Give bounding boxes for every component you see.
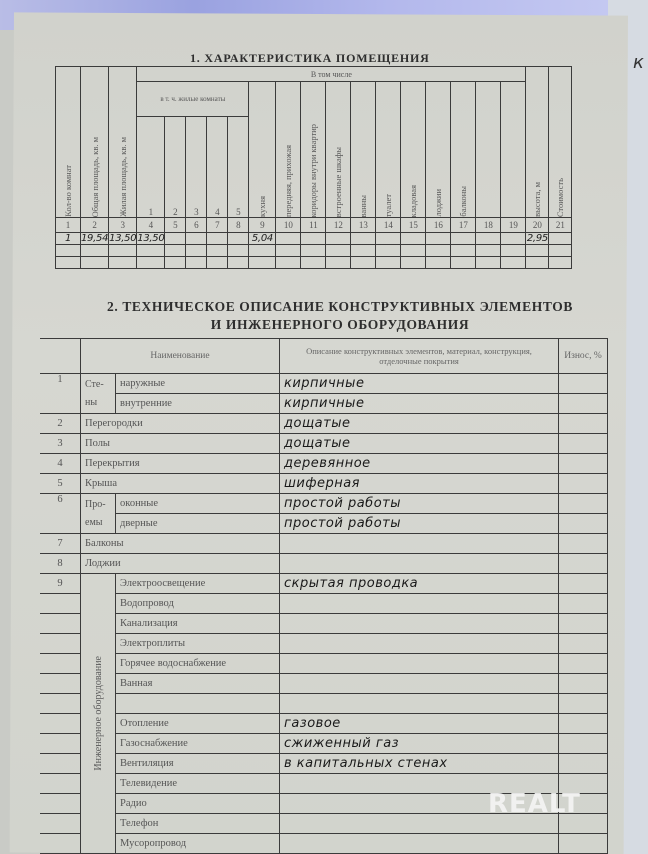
num-header xyxy=(40,339,81,374)
handwritten-value: простой работы xyxy=(284,496,401,511)
table-cell xyxy=(165,233,186,245)
row-number: 5 xyxy=(40,474,81,494)
cell-value: 5,04 xyxy=(252,233,273,244)
table-row xyxy=(56,257,572,269)
engineering-item-name: Газоснабжение xyxy=(116,734,280,754)
table-cell xyxy=(276,245,301,257)
name-header: Наименование xyxy=(81,339,280,374)
engineering-item-name: Горячее водоснабжение xyxy=(116,654,280,674)
group-header-in-total: В том числе xyxy=(137,67,526,82)
wear-header: Износ, % xyxy=(559,339,608,374)
walls-group-label: Сте-ны xyxy=(81,374,116,414)
column-header: ванны xyxy=(351,82,376,218)
table-cell xyxy=(501,245,526,257)
description-value: кирпичные xyxy=(280,374,559,394)
wear-value xyxy=(559,734,608,754)
row-number: 4 xyxy=(40,454,81,474)
description-value: шиферная xyxy=(280,474,559,494)
table-cell xyxy=(301,233,326,245)
wear-value xyxy=(559,654,608,674)
wear-value xyxy=(559,574,608,594)
column-number: 1 xyxy=(56,218,81,233)
table-cell xyxy=(186,257,207,269)
section2-title-line2: И ИНЖЕНЕРНОГО ОБОРУДОВАНИЯ xyxy=(80,316,600,334)
description-value: простой работы xyxy=(280,494,559,514)
column-header: туалет xyxy=(376,82,401,218)
row-number xyxy=(40,674,81,694)
description-value: кирпичные xyxy=(280,394,559,414)
table-row: Вентиляцияв капитальных стенах xyxy=(40,754,608,774)
element-name: Балконы xyxy=(81,534,280,554)
column-number: 4 xyxy=(137,218,165,233)
table-cell xyxy=(228,257,249,269)
column-header-label: высота, м xyxy=(532,182,542,217)
table-cell xyxy=(186,245,207,257)
table-cell xyxy=(109,245,137,257)
cell-value: 19,54 xyxy=(81,233,108,244)
wear-value xyxy=(559,594,608,614)
element-name: Перегородки xyxy=(81,414,280,434)
table-row: 2Перегородкидощатые xyxy=(40,414,608,434)
description-value xyxy=(280,694,559,714)
wear-value xyxy=(559,394,608,414)
column-number: 20 xyxy=(526,218,549,233)
engineering-item-name: Радио xyxy=(116,794,280,814)
column-number: 11 xyxy=(301,218,326,233)
handwritten-value: в капитальных стенах xyxy=(284,756,448,771)
table-cell: 13,50 xyxy=(109,233,137,245)
element-name: оконные xyxy=(116,494,280,514)
table-cell xyxy=(326,257,351,269)
column-header: кладовая xyxy=(401,82,426,218)
row-number xyxy=(40,774,81,794)
header-row: НаименованиеОписание конструктивных элем… xyxy=(40,339,608,374)
table-cell xyxy=(401,233,426,245)
column-header: Кол-во комнат xyxy=(56,67,81,218)
table-row: Канализация xyxy=(40,614,608,634)
table-row: 7Балконы xyxy=(40,534,608,554)
wear-value xyxy=(559,694,608,714)
wear-value xyxy=(559,414,608,434)
column-number: 12 xyxy=(326,218,351,233)
column-header-label: Общая площадь, кв. м xyxy=(90,137,100,217)
engineering-item-name: Отопление xyxy=(116,714,280,734)
description-value: в капитальных стенах xyxy=(280,754,559,774)
row-number xyxy=(40,714,81,734)
table-cell xyxy=(56,245,81,257)
table-cell xyxy=(165,257,186,269)
column-header: высота, м xyxy=(526,67,549,218)
table-row: Мусоропровод xyxy=(40,834,608,854)
row-number: 6 xyxy=(40,494,81,534)
table-cell xyxy=(351,245,376,257)
cell-value: 2,95 xyxy=(527,233,548,244)
table-cell xyxy=(56,257,81,269)
table-cell xyxy=(207,257,228,269)
description-value xyxy=(280,594,559,614)
table-row: Электроплиты xyxy=(40,634,608,654)
row-number: 9 xyxy=(40,574,81,594)
element-name: внутренние xyxy=(116,394,280,414)
wear-value xyxy=(559,494,608,514)
wear-value xyxy=(559,834,608,854)
handwritten-value: газовое xyxy=(284,716,341,731)
table-row: Горячее водоснабжение xyxy=(40,654,608,674)
engineering-item-name: Канализация xyxy=(116,614,280,634)
table-cell xyxy=(109,257,137,269)
table-cell xyxy=(137,257,165,269)
column-header-label: Стоимость xyxy=(555,178,565,217)
column-header: кухня xyxy=(249,82,276,218)
table-cell xyxy=(301,245,326,257)
column-number: 9 xyxy=(249,218,276,233)
description-value xyxy=(280,534,559,554)
table-cell xyxy=(81,245,109,257)
description-value: дощатые xyxy=(280,414,559,434)
table-row: 5Крышашиферная xyxy=(40,474,608,494)
element-name: дверные xyxy=(116,514,280,534)
row-number: 3 xyxy=(40,434,81,454)
column-header-label: балконы xyxy=(458,186,468,217)
wear-value xyxy=(559,474,608,494)
table-cell xyxy=(549,245,572,257)
row-number: 2 xyxy=(40,414,81,434)
table-row xyxy=(40,694,608,714)
engineering-item-name: Водопровод xyxy=(116,594,280,614)
column-header: балконы xyxy=(451,82,476,218)
column-header-label: коридоры внутри квартир xyxy=(308,124,318,217)
column-number: 14 xyxy=(376,218,401,233)
column-number: 19 xyxy=(501,218,526,233)
engineering-item-name: Вентиляция xyxy=(116,754,280,774)
table-cell xyxy=(526,257,549,269)
table-cell xyxy=(476,233,501,245)
column-number: 15 xyxy=(401,218,426,233)
table-cell xyxy=(186,233,207,245)
row-number: 7 xyxy=(40,534,81,554)
handwritten-value: деревянное xyxy=(284,456,371,471)
table-cell xyxy=(526,245,549,257)
row-number xyxy=(40,754,81,774)
engineering-item-name: Электроосвещение xyxy=(116,574,280,594)
wear-value xyxy=(559,514,608,534)
table-row: 8Лоджии xyxy=(40,554,608,574)
table-cell xyxy=(249,257,276,269)
table-row: 119,5413,5013,505,042,95 xyxy=(56,233,572,245)
column-header-label: туалет xyxy=(383,194,393,217)
section1-title: 1. ХАРАКТЕРИСТИКА ПОМЕЩЕНИЯ xyxy=(190,51,430,66)
table-cell xyxy=(249,245,276,257)
table-cell xyxy=(476,257,501,269)
wear-value xyxy=(559,454,608,474)
column-header-label: Кол-во комнат xyxy=(63,165,73,217)
handwritten-value: дощатые xyxy=(284,416,351,431)
column-header-label: лоджии xyxy=(433,189,443,217)
table-cell xyxy=(326,245,351,257)
row-number xyxy=(40,794,81,814)
wear-value xyxy=(559,634,608,654)
table-cell: 19,54 xyxy=(81,233,109,245)
table-cell xyxy=(351,233,376,245)
table-cell xyxy=(165,245,186,257)
table-row: 3Полыдощатые xyxy=(40,434,608,454)
wear-value xyxy=(559,374,608,394)
description-header: Описание конструктивных элементов, матер… xyxy=(280,339,559,374)
wear-value xyxy=(559,714,608,734)
table-row: 9Инженерное оборудованиеЭлектроосвещение… xyxy=(40,574,608,594)
table-cell xyxy=(351,257,376,269)
table-cell xyxy=(451,257,476,269)
wear-value xyxy=(559,534,608,554)
realt-watermark: REALT xyxy=(488,789,581,819)
table-row: 6Про-емыоконныепростой работы xyxy=(40,494,608,514)
table-row: дверныепростой работы xyxy=(40,514,608,534)
section2-title-line1: 2. ТЕХНИЧЕСКОЕ ОПИСАНИЕ КОНСТРУКТИВНЫХ Э… xyxy=(80,298,600,316)
technical-description-table: НаименованиеОписание конструктивных элем… xyxy=(40,338,608,854)
column-header: Общая площадь, кв. м xyxy=(81,67,109,218)
table-cell xyxy=(401,245,426,257)
column-number: 17 xyxy=(451,218,476,233)
element-name: Перекрытия xyxy=(81,454,280,474)
table-cell xyxy=(207,233,228,245)
column-number: 6 xyxy=(186,218,207,233)
column-header: Стоимость xyxy=(549,67,572,218)
table-cell xyxy=(376,257,401,269)
handwritten-value: шиферная xyxy=(284,476,360,491)
table-row xyxy=(56,245,572,257)
column-number: 16 xyxy=(426,218,451,233)
column-header-label: передняя, прихожая xyxy=(283,145,293,217)
column-header: лоджии xyxy=(426,82,451,218)
table-cell xyxy=(451,233,476,245)
table-cell: 1 xyxy=(56,233,81,245)
row-number xyxy=(40,634,81,654)
wear-value xyxy=(559,554,608,574)
table-cell xyxy=(376,233,401,245)
column-header-label: ванны xyxy=(358,195,368,217)
column-header xyxy=(501,82,526,218)
room-number-header: 1 xyxy=(137,117,165,218)
room-number-header: 3 xyxy=(186,117,207,218)
table-cell xyxy=(426,257,451,269)
table-cell xyxy=(501,257,526,269)
description-value: сжиженный газ xyxy=(280,734,559,754)
group-header-living-rooms: в т. ч. жилые комнаты xyxy=(137,82,249,117)
wear-value xyxy=(559,674,608,694)
table-cell xyxy=(401,257,426,269)
column-header-label: кухня xyxy=(257,196,267,217)
table-cell xyxy=(276,257,301,269)
column-number: 13 xyxy=(351,218,376,233)
table-row: Газоснабжениесжиженный газ xyxy=(40,734,608,754)
column-number: 18 xyxy=(476,218,501,233)
table-cell xyxy=(301,257,326,269)
row-number xyxy=(40,814,81,834)
wear-value xyxy=(559,754,608,774)
engineering-item-name: Ванная xyxy=(116,674,280,694)
openings-group-label: Про-емы xyxy=(81,494,116,534)
element-name: Крыша xyxy=(81,474,280,494)
description-value xyxy=(280,614,559,634)
engineering-item-name: Электроплиты xyxy=(116,634,280,654)
cell-value: 13,50 xyxy=(137,233,164,244)
table-cell xyxy=(501,233,526,245)
element-name: Лоджии xyxy=(81,554,280,574)
description-value xyxy=(280,674,559,694)
row-number xyxy=(40,734,81,754)
column-header xyxy=(476,82,501,218)
cell-value: 1 xyxy=(65,233,71,244)
column-number: 2 xyxy=(81,218,109,233)
table-cell: 13,50 xyxy=(137,233,165,245)
table-cell xyxy=(228,245,249,257)
table-row: внутренниекирпичные xyxy=(40,394,608,414)
description-value xyxy=(280,654,559,674)
column-header: Жилая площадь, кв. м xyxy=(109,67,137,218)
table-row: Ванная xyxy=(40,674,608,694)
row-number xyxy=(40,694,81,714)
room-number-header: 5 xyxy=(228,117,249,218)
column-number: 5 xyxy=(165,218,186,233)
handwritten-value: простой работы xyxy=(284,516,401,531)
table-cell xyxy=(207,245,228,257)
room-number-header: 2 xyxy=(165,117,186,218)
table-cell xyxy=(426,245,451,257)
table-row: 1Сте-нынаружныекирпичные xyxy=(40,374,608,394)
column-header-label: кладовая xyxy=(408,185,418,217)
element-name: наружные xyxy=(116,374,280,394)
table-cell xyxy=(376,245,401,257)
handwritten-value: скрытая проводка xyxy=(284,576,418,591)
wear-value xyxy=(559,614,608,634)
row-number xyxy=(40,834,81,854)
description-value: газовое xyxy=(280,714,559,734)
handwritten-value: кирпичные xyxy=(284,376,364,391)
table-cell: 5,04 xyxy=(249,233,276,245)
handwritten-value: сжиженный газ xyxy=(284,736,399,751)
table-row: Водопровод xyxy=(40,594,608,614)
description-value: дощатые xyxy=(280,434,559,454)
room-characteristics-table: Кол-во комнатОбщая площадь, кв. мЖилая п… xyxy=(55,66,572,269)
engineering-item-name: Телевидение xyxy=(116,774,280,794)
table-cell xyxy=(476,245,501,257)
column-number: 7 xyxy=(207,218,228,233)
row-number xyxy=(40,614,81,634)
table-cell xyxy=(549,233,572,245)
engineering-group-text: Инженерное оборудование xyxy=(93,656,104,771)
table-cell xyxy=(451,245,476,257)
table-row: 4Перекрытиядеревянное xyxy=(40,454,608,474)
cell-value: 13,50 xyxy=(109,233,136,244)
column-number: 10 xyxy=(276,218,301,233)
column-header-label: встроенные шкафы xyxy=(333,147,343,217)
wear-value xyxy=(559,434,608,454)
description-value: скрытая проводка xyxy=(280,574,559,594)
element-name: Полы xyxy=(81,434,280,454)
row-number xyxy=(40,594,81,614)
column-number: 8 xyxy=(228,218,249,233)
engineering-group-label: Инженерное оборудование xyxy=(81,574,116,854)
room-number-header: 4 xyxy=(207,117,228,218)
engineering-item-name xyxy=(116,694,280,714)
table-cell xyxy=(326,233,351,245)
engineering-item-name: Телефон xyxy=(116,814,280,834)
handwritten-value: дощатые xyxy=(284,436,351,451)
table-cell xyxy=(549,257,572,269)
table-cell xyxy=(276,233,301,245)
description-value: деревянное xyxy=(280,454,559,474)
description-value xyxy=(280,554,559,574)
handwritten-value: кирпичные xyxy=(284,396,364,411)
table-cell xyxy=(81,257,109,269)
row-number: 1 xyxy=(40,374,81,414)
column-header: передняя, прихожая xyxy=(276,82,301,218)
column-header-label: Жилая площадь, кв. м xyxy=(118,137,128,217)
row-number xyxy=(40,654,81,674)
column-header: коридоры внутри квартир xyxy=(301,82,326,218)
table-cell: 2,95 xyxy=(526,233,549,245)
table-cell xyxy=(228,233,249,245)
section2-title: 2. ТЕХНИЧЕСКОЕ ОПИСАНИЕ КОНСТРУКТИВНЫХ Э… xyxy=(80,298,600,334)
row-number: 8 xyxy=(40,554,81,574)
engineering-item-name: Мусоропровод xyxy=(116,834,280,854)
column-number: 21 xyxy=(549,218,572,233)
table-row: Отоплениегазовое xyxy=(40,714,608,734)
description-value xyxy=(280,834,559,854)
column-header: встроенные шкафы xyxy=(326,82,351,218)
column-number: 3 xyxy=(109,218,137,233)
description-value: простой работы xyxy=(280,514,559,534)
table-cell xyxy=(426,233,451,245)
table-cell xyxy=(137,245,165,257)
description-value xyxy=(280,634,559,654)
